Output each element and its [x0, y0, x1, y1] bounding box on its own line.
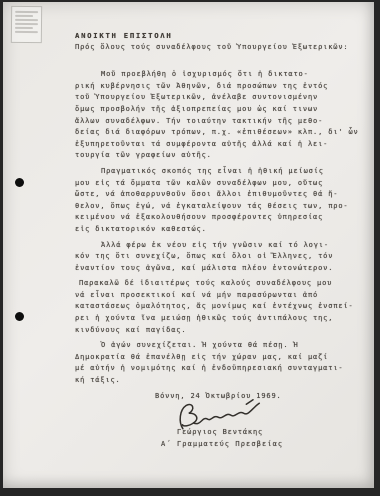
letter-paragraph: Ὁ ἀγών συνεχίζεται. Ἡ χούντα θά πέσῃ. ἩΔ…: [75, 340, 351, 386]
letter-line: θελον, ὅπως ἐγώ, νά ἐγκαταλείψουν τάς θέ…: [75, 201, 351, 213]
letter-line: Μοῦ προεβλήθη ὁ ἰσχυρισμός ὅτι ἡ δικτατο…: [75, 69, 351, 81]
letter-line: καταστάσεως ὁμαλότητος, ἅς μονίμως καί ἐ…: [75, 301, 351, 313]
letter-line: Δημοκρατία θά ἐπανέλθῃ εἰς τήν χώραν μας…: [75, 352, 351, 364]
stamp-text-line: [15, 11, 38, 13]
letter-line: Πραγματικός σκοπός της εἶναι ἡ ἠθική μεί…: [75, 166, 351, 178]
letter-paragraph: Παρακαλῶ δέ ἰδιαιτέρως τούς καλούς συναδ…: [75, 278, 351, 336]
punch-hole: [15, 312, 24, 321]
stamp-text-line: [15, 23, 38, 25]
letter-line: κινδύνους καί παγίδας.: [75, 325, 351, 337]
letter-line: ἐξυπηρετοῦνται τά συμφέροντα αὐτῆς ἀλλά …: [75, 139, 351, 151]
letter-line: μέ αὐτήν ἡ νομιμότης καί ἡ ἐνδοϋπηρεσιακ…: [75, 363, 351, 375]
letter-paragraph: Πραγματικός σκοπός της εἶναι ἡ ἠθική μεί…: [75, 166, 351, 236]
letter-line: ἐναντίον τους ἀγῶνα, καί μάλιστα πλέον ἐ…: [75, 263, 351, 275]
punch-hole: [15, 178, 24, 187]
letter-line: Ὁ ἀγών συνεχίζεται. Ἡ χούντα θά πέσῃ. Ἡ: [75, 340, 351, 352]
letter-paragraph: Ἀλλά φέρω ἐκ νέου εἰς τήν γνῶσιν καί τό …: [75, 240, 351, 275]
letter-line: ὅμως προσβολήν τῆς ἀξιοπρεπείας μου ὡς κ…: [75, 104, 351, 116]
letter-line: ἄλλων συναδέλφων. Τήν τοιαύτην τακτικήν …: [75, 116, 351, 128]
letter-line: κόν της ὅτι συνεχίζω, ὅπως καί ὅλοι οἱ Ἕ…: [75, 251, 351, 263]
letter-line: ρει ἡ χούντα ἵνα μειώσῃ ἠθικῶς τούς ἀντι…: [75, 313, 351, 325]
letter-line: Ἀλλά φέρω ἐκ νέου εἰς τήν γνῶσιν καί τό …: [75, 240, 351, 252]
letter-line: κή τάξις.: [75, 375, 351, 387]
letter-salutation: Πρός ὅλους τούς συναδέλφους τοῦ Ὑπουργεί…: [75, 42, 351, 54]
letter-line: κειμένου νά ἐξακολουθήσουν προσφέροντες …: [75, 212, 351, 224]
letter-title: ΑΝΟΙΚΤΗ ΕΠΙΣΤΟΛΗ: [75, 30, 351, 42]
letter-line: μου εἰς τά ὄμματα τῶν καλῶν συναδέλφων μ…: [75, 178, 351, 190]
letter-line: τουργία τῶν γραφείων αὐτῆς.: [75, 150, 351, 162]
letter-line: εἰς δικτατορικόν καθεστώς.: [75, 224, 351, 236]
letter-body: Μοῦ προεβλήθη ὁ ἰσχυρισμός ὅτι ἡ δικτατο…: [75, 69, 351, 386]
letter-paragraph: Μοῦ προεβλήθη ὁ ἰσχυρισμός ὅτι ἡ δικτατο…: [75, 69, 351, 162]
signatory-title: Α΄ Γραμματεύς Πρεσβείας: [161, 439, 351, 451]
letter-line: ρική κυβέρνησις τῶν Ἀθηνῶν, διά προσώπων…: [75, 81, 351, 93]
letter-line: νά εἶναι προσεκτικοί καί νά μήν παρασύρω…: [75, 290, 351, 302]
stamp-text-line: [15, 27, 33, 29]
ink-stamp: [11, 6, 42, 43]
stamp-text-line: [15, 31, 38, 33]
stamp-text-line: [15, 19, 38, 21]
stamp-text-line: [15, 15, 33, 17]
letter-line: τοῦ Ὑπουργείου Ἐξωτερικῶν, ἀνέλαβε συντο…: [75, 92, 351, 104]
letter-line: ὥστε, νά ἀποθαρρυνθοῦν ὅσοι ἄλλοι ἐπιθυμ…: [75, 189, 351, 201]
letter-text: ΑΝΟΙΚΤΗ ΕΠΙΣΤΟΛΗ Πρός ὅλους τούς συναδέλ…: [75, 28, 351, 450]
letter-line: Παρακαλῶ δέ ἰδιαιτέρως τούς καλούς συναδ…: [75, 278, 351, 290]
letter-page: ΑΝΟΙΚΤΗ ΕΠΙΣΤΟΛΗ Πρός ὅλους τούς συναδέλ…: [3, 2, 374, 488]
signature-block: Βόννη, 24 Ὀκτωβρίου 1969. Γεώργιος Βεντά…: [75, 391, 351, 451]
letter-line: δείας διά διαφόρων τρόπων, π.χ. «ἐπιθέσε…: [75, 127, 351, 139]
signatory-name: Γεώργιος Βεντάκης: [177, 427, 351, 439]
